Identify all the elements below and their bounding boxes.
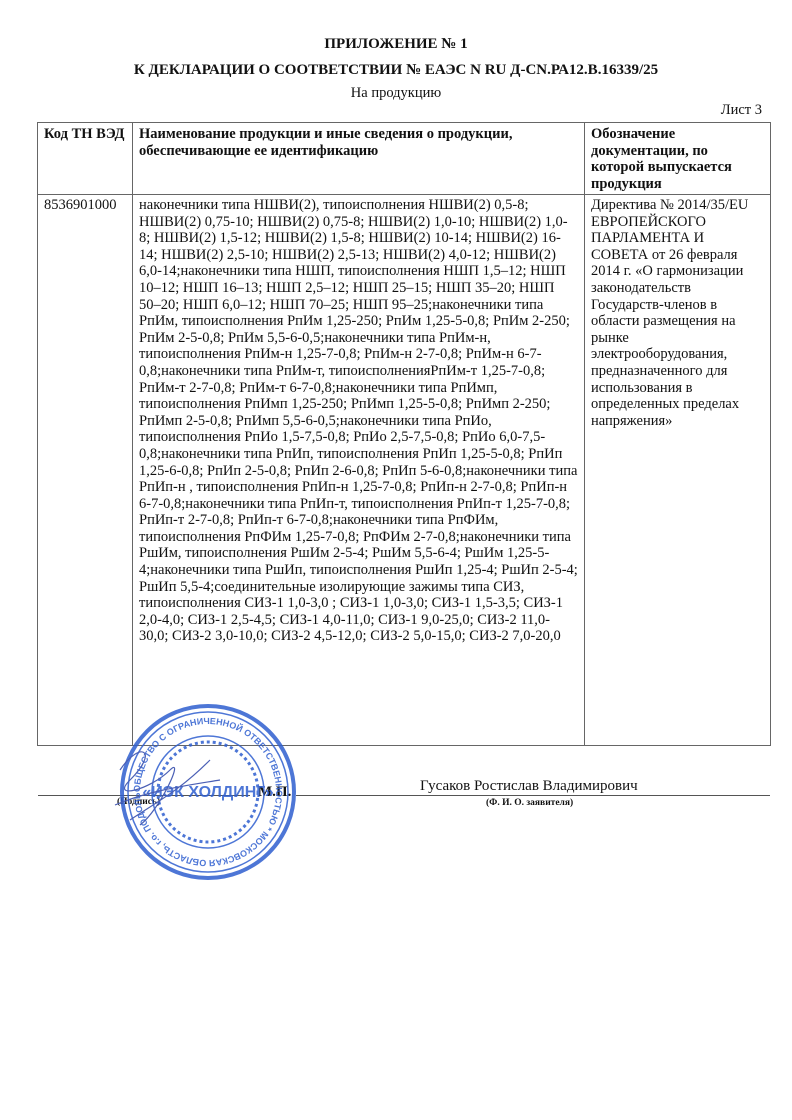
table-header-row: Код ТН ВЭД Наименование продукции и иные… [38, 123, 771, 195]
table-row: 8536901000 наконечники типа НШВИ(2), тип… [38, 195, 771, 746]
column-header-description: Наименование продукции и иные сведения о… [133, 123, 585, 195]
handwritten-signature-icon [100, 730, 240, 840]
sheet-number: Лист 3 [721, 102, 762, 119]
cell-description: наконечники типа НШВИ(2), типоисполнения… [133, 195, 585, 746]
appendix-title: ПРИЛОЖЕНИЕ № 1 [0, 36, 792, 53]
cell-code: 8536901000 [38, 195, 133, 746]
declaration-number: К ДЕКЛАРАЦИИ О СООТВЕТСТВИИ № ЕАЭС N RU … [0, 62, 792, 79]
column-header-code: Код ТН ВЭД [38, 123, 133, 195]
product-caption: На продукцию [0, 85, 792, 102]
applicant-name: Гусаков Ростислав Владимирович [420, 778, 638, 795]
cell-documentation: Директива № 2014/35/EU ЕВРОПЕЙСКОГО ПАРЛ… [585, 195, 771, 746]
applicant-name-line [296, 795, 770, 796]
column-header-documentation: Обозначение документации, по которой вып… [585, 123, 771, 195]
applicant-name-label: (Ф. И. О. заявителя) [486, 798, 573, 808]
products-table: Код ТН ВЭД Наименование продукции и иные… [37, 122, 771, 746]
